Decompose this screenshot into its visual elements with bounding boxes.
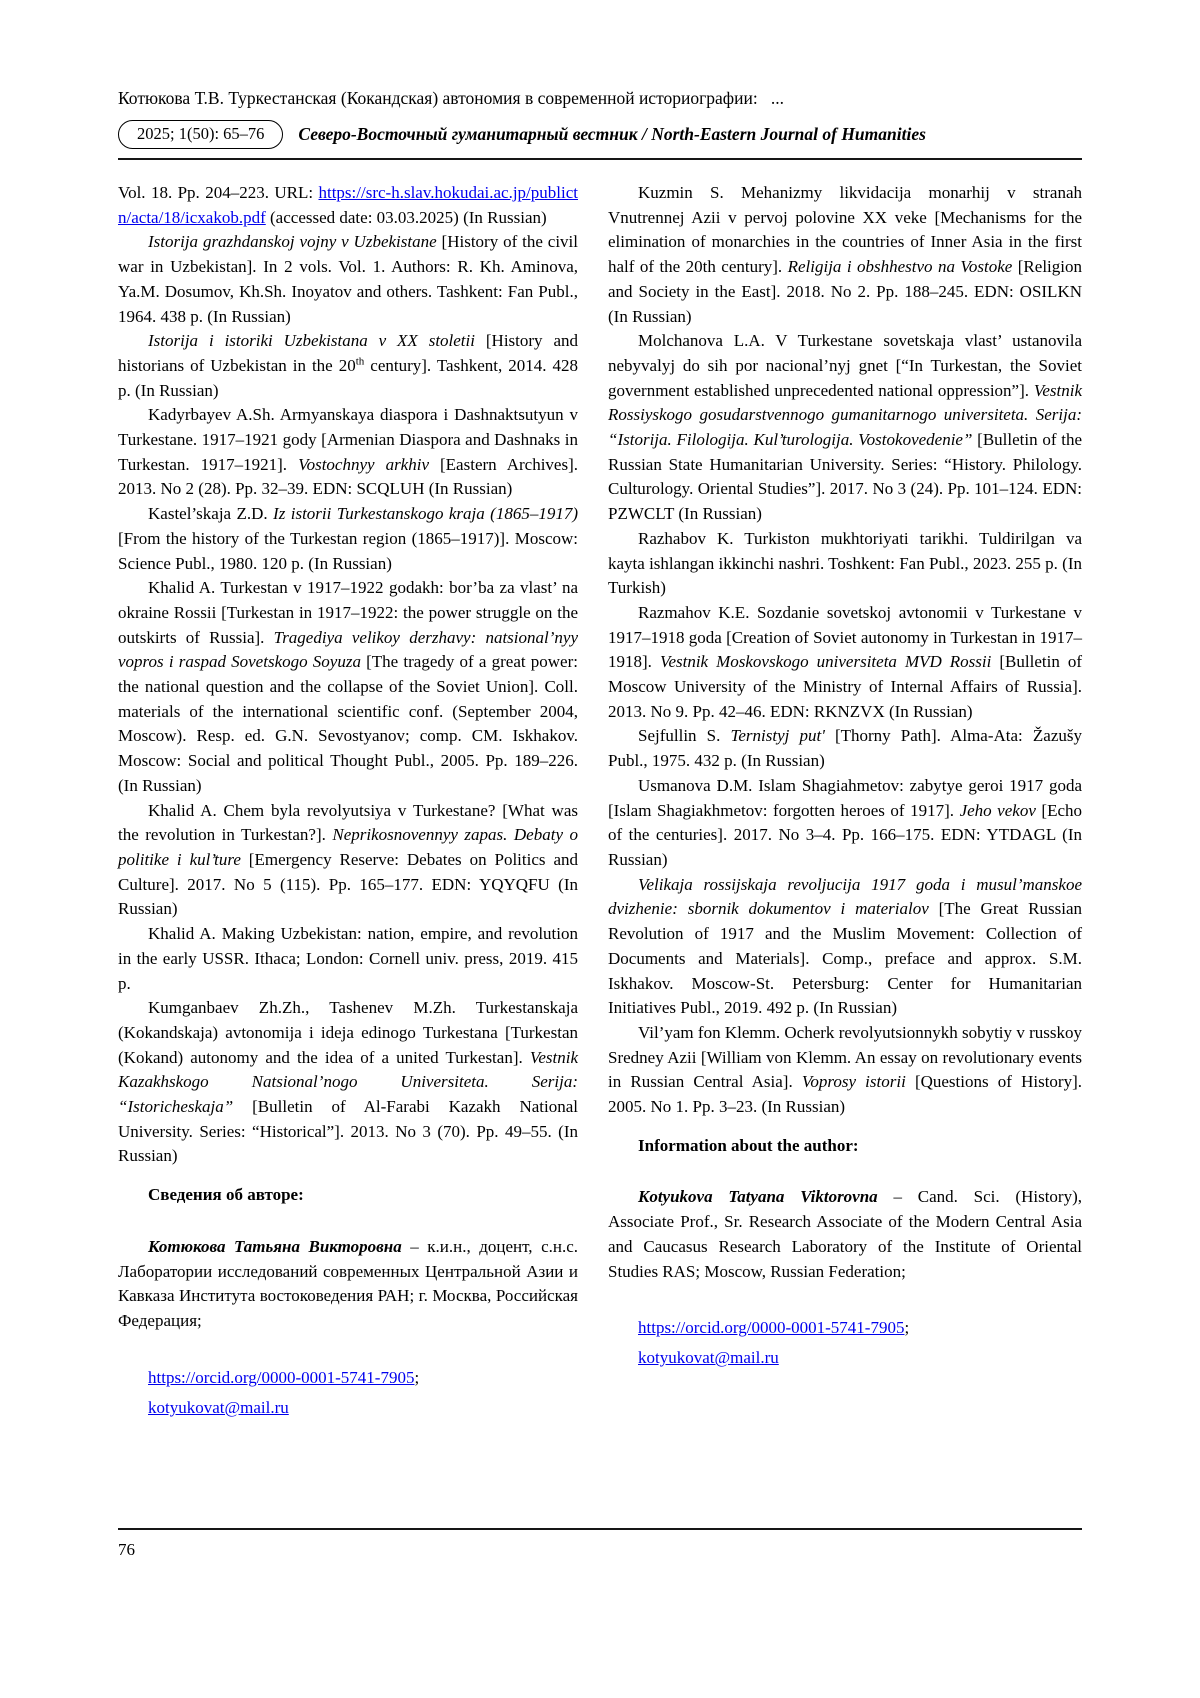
text-run: Sejfullin S. [638, 726, 730, 745]
text-run: (accessed date: 03.03.2025) (In Russian) [266, 208, 547, 227]
author-bio: Котюкова Татьяна Викторовна – к.и.н., до… [118, 1235, 578, 1334]
link-line: kotyukovat@mail.ru [148, 1393, 578, 1423]
text-run: Kotyukova Tatyana Viktorovna [638, 1187, 878, 1206]
header-divider [118, 158, 1082, 160]
section-heading: Сведения об авторе: [118, 1183, 578, 1208]
email-link[interactable]: kotyukovat@mail.ru [148, 1398, 289, 1417]
journal-page: Котюкова Т.В. Туркестанская (Кокандская)… [0, 0, 1200, 1698]
reference-entry: Istorija grazhdanskoj vojny v Uzbekistan… [118, 230, 578, 329]
reference-entry: Vil’yam fon Klemm. Ocherk revolyutsionny… [608, 1021, 1082, 1120]
text-run: Jeho vekov [960, 801, 1036, 820]
text-run: Khalid A. Making Uzbekistan: nation, emp… [118, 924, 578, 992]
contact-links: https://orcid.org/0000-0001-5741-7905;ko… [608, 1313, 1082, 1373]
link-line: kotyukovat@mail.ru [638, 1343, 1082, 1373]
reference-entry: Sejfullin S. Ternistyj put' [Thorny Path… [608, 724, 1082, 773]
section-heading: Information about the author: [608, 1134, 1082, 1159]
text-run: Voprosy istorii [802, 1072, 906, 1091]
journal-title: Северо-Восточный гуманитарный вестник / … [298, 124, 926, 145]
references-two-columns: Vol. 18. Pp. 204–223. URL: https://src-h… [118, 181, 1082, 1423]
reference-entry: Vol. 18. Pp. 204–223. URL: https://src-h… [118, 181, 578, 230]
text-run: Kastel’skaja Z.D. [148, 504, 273, 523]
link-line: https://orcid.org/0000-0001-5741-7905; [638, 1313, 1082, 1343]
link-separator: ; [414, 1368, 419, 1387]
text-run: Kumganbaev Zh.Zh., Tashenev M.Zh. Turkes… [118, 998, 578, 1066]
page-header: Котюкова Т.В. Туркестанская (Кокандская)… [118, 0, 1082, 160]
text-run: Котюкова Татьяна Викторовна [148, 1237, 402, 1256]
header-row: 2025; 1(50): 65–76 Северо-Восточный гума… [118, 120, 1082, 149]
reference-entry: Khalid A. Chem byla revolyutsiya v Turke… [118, 799, 578, 923]
footer-divider [118, 1528, 1082, 1530]
link-line: https://orcid.org/0000-0001-5741-7905; [148, 1363, 578, 1393]
reference-entry: Razmahov K.E. Sozdanie sovetskoj avtonom… [608, 601, 1082, 725]
text-run: Religija i obshhestvo na Vostoke [788, 257, 1013, 276]
contact-links: https://orcid.org/0000-0001-5741-7905;ko… [118, 1363, 578, 1423]
text-run: Vol. 18. Pp. 204–223. URL: [118, 183, 318, 202]
reference-entry: Khalid A. Turkestan v 1917–1922 godakh: … [118, 576, 578, 798]
ordinal-suffix: th [356, 355, 365, 367]
text-run: Istorija grazhdanskoj vojny v Uzbekistan… [148, 232, 437, 251]
reference-entry: Molchanova L.A. V Turkestane sovetskaja … [608, 329, 1082, 527]
reference-entry: Khalid A. Making Uzbekistan: nation, emp… [118, 922, 578, 996]
reference-entry: Kastel’skaja Z.D. Iz istorii Turkestansk… [118, 502, 578, 576]
link-separator: ; [904, 1318, 909, 1337]
issue-badge: 2025; 1(50): 65–76 [118, 120, 283, 149]
text-run: Razhabov K. Turkiston mukhtoriyati tarik… [608, 529, 1082, 597]
text-run: Ternistyj put' [730, 726, 824, 745]
reference-entry: Usmanova D.M. Islam Shagiahmetov: zabyty… [608, 774, 1082, 873]
email-link[interactable]: kotyukovat@mail.ru [638, 1348, 779, 1367]
text-run: Molchanova L.A. V Turkestane sovetskaja … [608, 331, 1082, 399]
page-number: 76 [118, 1540, 135, 1560]
reference-entry: Velikaja rossijskaja revoljucija 1917 go… [608, 873, 1082, 1021]
text-run: [The tragedy of a great power: the natio… [118, 652, 578, 795]
right-column: Kuzmin S. Mehanizmy likvidacija monarhij… [608, 181, 1082, 1423]
reference-entry: Kadyrbayev A.Sh. Armyanskaya diaspora i … [118, 403, 578, 502]
running-title: Котюкова Т.В. Туркестанская (Кокандская)… [118, 88, 1082, 109]
text-run: Iz istorii Turkestanskogo kraja (1865–19… [273, 504, 578, 523]
reference-entry: Kuzmin S. Mehanizmy likvidacija monarhij… [608, 181, 1082, 329]
text-run: [From the history of the Turkestan regio… [118, 529, 578, 573]
text-run: Vostochnyy arkhiv [298, 455, 429, 474]
reference-entry: Istorija i istoriki Uzbekistana v XX sto… [118, 329, 578, 403]
orcid-link[interactable]: https://orcid.org/0000-0001-5741-7905 [638, 1318, 904, 1337]
left-column: Vol. 18. Pp. 204–223. URL: https://src-h… [118, 181, 578, 1423]
text-run: Istorija i istoriki Uzbekistana v XX sto… [148, 331, 475, 350]
reference-entry: Razhabov K. Turkiston mukhtoriyati tarik… [608, 527, 1082, 601]
author-bio: Kotyukova Tatyana Viktorovna – Cand. Sci… [608, 1185, 1082, 1284]
text-run: Vestnik Moskovskogo universiteta MVD Ros… [660, 652, 991, 671]
orcid-link[interactable]: https://orcid.org/0000-0001-5741-7905 [148, 1368, 414, 1387]
reference-entry: Kumganbaev Zh.Zh., Tashenev M.Zh. Turkes… [118, 996, 578, 1169]
